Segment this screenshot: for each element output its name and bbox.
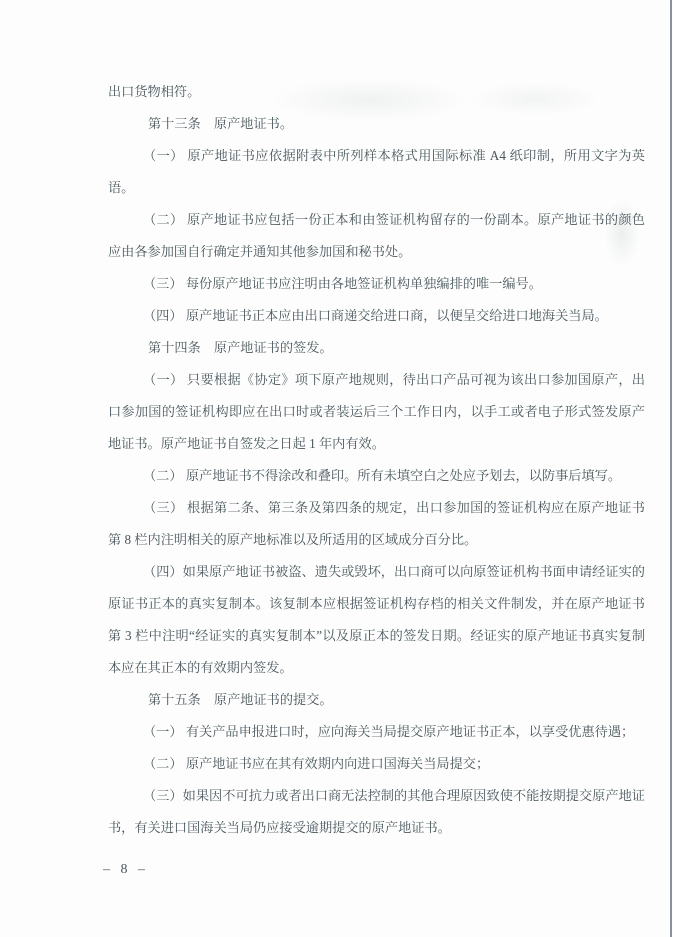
clause-paragraph: （一） 有关产品申报进口时，应向海关当局提交原产地证书正本，以享受优惠待遇； [108, 716, 645, 748]
document-page: 出口货物相符。 第十三条 原产地证书。 （一） 原产地证书应依据附表中所列样本格… [0, 0, 673, 937]
clause-paragraph: （二） 原产地证书应包括一份正本和由签证机构留存的一份副本。原产地证书的颜色应由… [108, 204, 645, 268]
article-heading-13: 第十三条 原产地证书。 [108, 108, 645, 140]
clause-paragraph: （四）如果原产地证书被盗、遗失或毁坏，出口商可以向原签证机构书面申请经证实的原证… [108, 556, 645, 684]
article-heading-14: 第十四条 原产地证书的签发。 [108, 332, 645, 364]
continuation-paragraph: 出口货物相符。 [108, 76, 645, 108]
scan-page-edge [670, 0, 672, 937]
clause-paragraph: （一） 只要根据《协定》项下原产地规则，待出口产品可视为该出口参加国原产，出口参… [108, 364, 645, 460]
page-number: – 8 – [103, 861, 145, 879]
clause-paragraph: （四） 原产地证书正本应由出口商递交给进口商，以便呈交给进口地海关当局。 [108, 300, 645, 332]
clause-paragraph: （一） 原产地证书应依据附表中所列样本格式用国际标准 A4 纸印制，所用文字为英… [108, 140, 645, 204]
clause-paragraph: （三） 每份原产地证书应注明由各地签证机构单独编排的唯一编号。 [108, 268, 645, 300]
article-heading-15: 第十五条 原产地证书的提交。 [108, 684, 645, 716]
clause-paragraph: （三）如果因不可抗力或者出口商无法控制的其他合理原因致使不能按期提交原产地证书，… [108, 780, 645, 844]
document-body: 出口货物相符。 第十三条 原产地证书。 （一） 原产地证书应依据附表中所列样本格… [108, 76, 645, 844]
clause-paragraph: （二） 原产地证书不得涂改和叠印。所有未填空白之处应予划去，以防事后填写。 [108, 460, 645, 492]
clause-paragraph: （二） 原产地证书应在其有效期内向进口国海关当局提交； [108, 748, 645, 780]
clause-paragraph: （三） 根据第二条、第三条及第四条的规定，出口参加国的签证机构应在原产地证书第 … [108, 492, 645, 556]
